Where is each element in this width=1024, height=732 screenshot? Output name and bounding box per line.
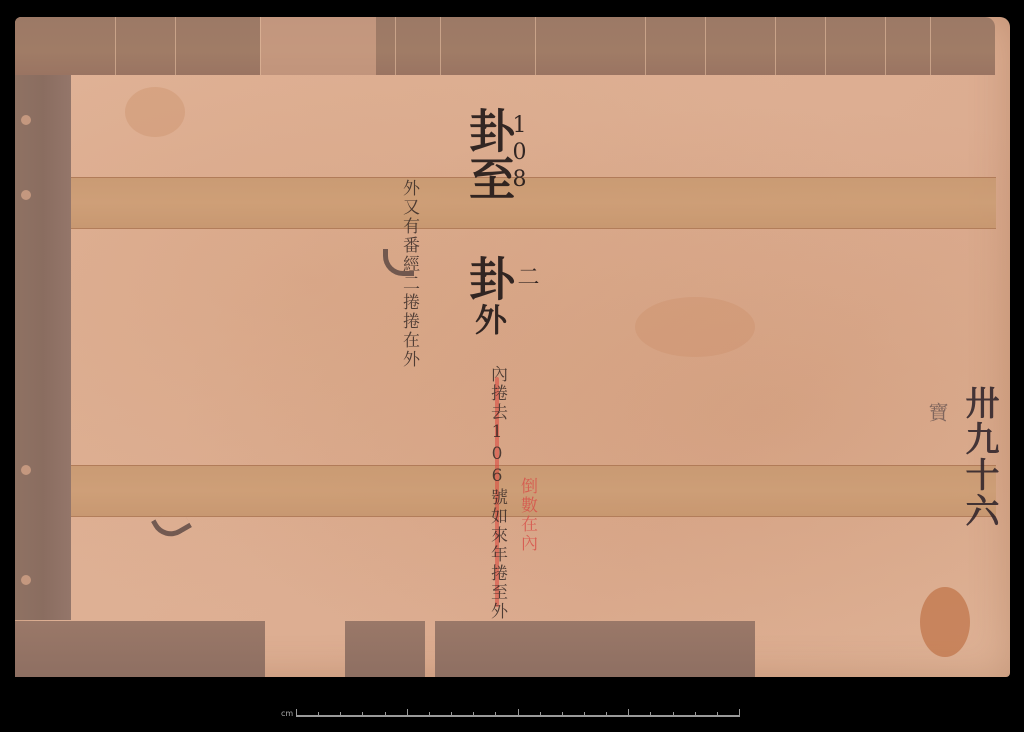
major-tick [296,709,297,717]
minor-tick [717,712,718,717]
left-border-strip [15,75,71,620]
bottom-border-strip [435,621,755,677]
minor-tick [451,712,452,717]
minor-tick [429,712,430,717]
title-line-2-suffix: 外 [463,303,515,337]
border-tab-seam [930,17,931,75]
major-tick [407,709,408,717]
right-edge-characters: 卅九十六 [955,385,1004,529]
worm-hole [21,190,31,200]
border-tab-seam [535,17,536,75]
minor-tick [340,712,341,717]
major-tick [518,709,519,717]
worm-hole [21,115,31,125]
border-tab-seam [885,17,886,75]
major-tick [628,709,629,717]
manuscript-sheet: 卦至 108 卦 二 外 外又有番經二捲捲在外 內捲去106號如來年捲至外 倒數… [15,17,1010,677]
red-note-column: 倒數在內 [515,477,540,553]
border-tab-seam [175,17,176,75]
border-tab-seam [440,17,441,75]
minor-tick [606,712,607,717]
rust-stain [920,587,970,657]
minor-tick [562,712,563,717]
border-tab-seam [825,17,826,75]
title-line-1-number: 108 [507,113,532,194]
border-tab-seam [645,17,646,75]
minor-tick [385,712,386,717]
minor-tick [540,712,541,717]
title-line-2-number: 二 [511,265,542,289]
border-worn-patch [260,17,376,75]
worm-hole [21,575,31,585]
water-stain [635,297,755,357]
title-line-2: 卦 [463,255,515,303]
minor-tick [318,712,319,717]
minor-tick [362,712,363,717]
worm-hole [21,465,31,475]
border-tab-seam [705,17,706,75]
cm-scale-bar: cm [283,706,743,720]
minor-tick [473,712,474,717]
minor-tick [495,712,496,717]
top-border-strip [15,17,995,75]
bottom-border-strip [15,621,265,677]
ink-curl-mark [383,249,414,276]
minor-tick [584,712,585,717]
minor-tick [650,712,651,717]
scale-unit-label: cm [281,709,293,718]
border-tab-seam [395,17,396,75]
upper-tape-strip [71,177,996,229]
minor-tick [695,712,696,717]
border-tab-seam [775,17,776,75]
bottom-border-strip [345,621,425,677]
water-stain [125,87,185,137]
minor-tick [673,712,674,717]
faded-character: 寶 [923,402,952,424]
border-tab-seam [115,17,116,75]
major-tick [739,709,740,717]
center-note-column: 內捲去106號如來年捲至外 [485,365,510,621]
